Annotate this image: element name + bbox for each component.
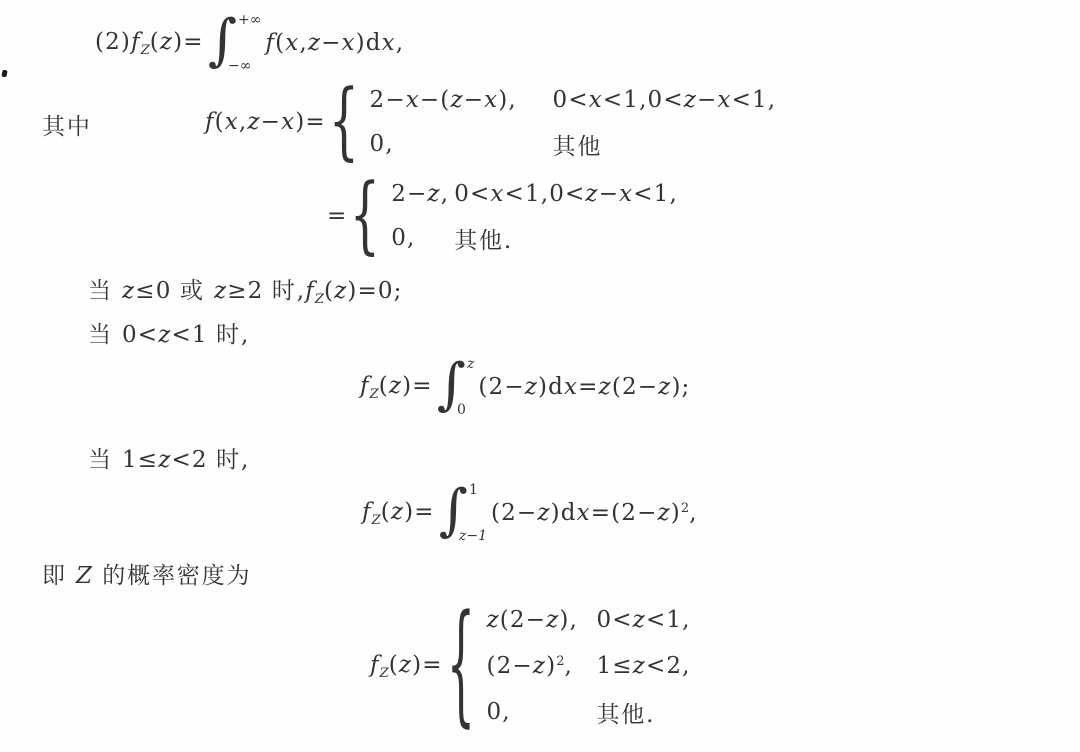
formula-segment: <1,0< (603, 87, 684, 113)
formula-segment: 1≤ (596, 653, 632, 679)
case-expr: 0, (486, 699, 596, 725)
formula-segment: )d (356, 30, 382, 56)
case-rows: z(2−z),0<z<1,(2−z)2,1≤z<2,0,其他. (486, 597, 690, 735)
case-cond: 其他 (553, 128, 777, 161)
case-row: 0,其他. (391, 216, 678, 260)
integral: ∫ z 0 (437, 357, 475, 417)
formula-segment: 0, (370, 131, 394, 157)
formula-segment: − (599, 181, 619, 207)
formula-segment: 的概率密度为 (93, 563, 251, 589)
formula-segment: Z (380, 666, 389, 681)
formula-segment: )d (551, 500, 577, 526)
formula-segment: z (525, 374, 538, 400)
case-statement-z-1-2: 当 1≤z<2 时, (88, 441, 249, 474)
formula-segment: <1, (646, 607, 691, 633)
formula-segment: ≤0 (135, 278, 180, 304)
formula-segment: z (334, 278, 347, 304)
formula-segment: 或 (180, 278, 214, 304)
formula-segment: ( (275, 30, 285, 56)
formula-segment: )= (412, 652, 443, 678)
formula-segment: 2− (370, 87, 406, 113)
formula-segment: <2, (646, 653, 691, 679)
joint-density-piecewise: f(x,z−x)= { 2−x−(z−x),0<x<1,0<z−x<1,0,其他 (205, 78, 776, 166)
formula-segment: ≥2 (227, 278, 272, 304)
formula-segment: ) (546, 653, 556, 679)
statement-text: 即 Z 的概率密度为 (42, 557, 251, 590)
formula-segment: z (158, 447, 171, 473)
formula-segment: (2− (486, 653, 532, 679)
integral-upper-limit: 1 (469, 483, 478, 497)
integral-limits: +∞ −∞ (238, 13, 261, 73)
formula-segment: f (362, 499, 372, 525)
formula-segment: − (697, 87, 717, 113)
formula-segment: z (158, 322, 171, 348)
formula-segment: , (441, 181, 449, 207)
formula-segment: Z (141, 43, 150, 58)
formula-segment: ( (150, 29, 160, 55)
formula-segment: f (370, 652, 380, 678)
piecewise-cases: { 2−z,0<x<1,0<z−x<1,0,其他. (347, 172, 678, 260)
piecewise-cases: { z(2−z),0<z<1,(2−z)2,1≤z<2,0,其他. (443, 597, 691, 735)
formula-segment: Z (370, 387, 379, 402)
formula-segment: (2− (500, 607, 546, 633)
formula-segment: <1, (732, 87, 777, 113)
case-expr: 0, (391, 225, 454, 251)
formula-segment: z (160, 29, 173, 55)
formula-segment: z (214, 278, 227, 304)
formula-segment: x (577, 500, 591, 526)
formula-segment: z (533, 653, 546, 679)
formula-segment: ( (324, 278, 334, 304)
case-row: (2−z)2,1≤z<2, (486, 643, 690, 689)
left-brace: { (446, 600, 475, 732)
convolution-formula-line: (2)fZ(z)= ∫ +∞ −∞ f(x,z−x)dx, (95, 12, 404, 74)
formula-segment: 当 (88, 322, 122, 348)
formula-segment: , (396, 30, 404, 56)
scan-speck (1, 70, 7, 78)
formula-segment: f (265, 30, 275, 56)
statement-text: 当 0<z<1 时, (88, 316, 249, 349)
formula-segment: x (484, 87, 498, 113)
formula-segment: 即 (42, 563, 76, 589)
label-text: 其中 (42, 108, 92, 141)
formula-segment: x (490, 181, 504, 207)
formula-segment: z (546, 607, 559, 633)
formula-segment: z (658, 374, 671, 400)
formula-segment: ( (381, 499, 391, 525)
formula-segment: z (658, 500, 671, 526)
formula-segment: z (247, 109, 260, 135)
formula-segment: <1,0< (505, 181, 586, 207)
formula-segment: 其他 (553, 134, 603, 160)
formula-segment: <1, (633, 181, 678, 207)
formula-segment: (2− (491, 500, 537, 526)
formula-segment: z (308, 30, 321, 56)
case-cond: 0<z<1, (596, 607, 690, 633)
formula-segment: )= (402, 373, 433, 399)
formula-segment: z (684, 87, 697, 113)
formula-segment: − (464, 87, 484, 113)
formula-segment: <2 (172, 447, 217, 473)
formula-segment: f (360, 373, 370, 399)
formula-segment: , (297, 278, 305, 304)
formula-segment: )= (404, 499, 435, 525)
formula-segment: (2− (612, 374, 658, 400)
integral-sign: ∫ (437, 357, 467, 413)
formula-segment: 其他. (596, 702, 655, 728)
integral-upper-limit: +∞ (238, 13, 261, 27)
formula-segment: z (537, 500, 550, 526)
formula-segment: , (689, 500, 697, 526)
integral-sign: ∫ (439, 483, 469, 539)
formula-segment: 0< (553, 87, 589, 113)
label-qizhong: 其中 (42, 108, 92, 141)
formula-segment: x (382, 30, 396, 56)
formula-segment: = (327, 203, 347, 229)
formula-segment: z (585, 181, 598, 207)
formula-segment: z (391, 499, 404, 525)
formula-segment: z (450, 87, 463, 113)
formula-segment: x (225, 109, 239, 135)
formula-segment: 0< (596, 607, 632, 633)
formula-lhs: fZ(z)= (370, 652, 443, 681)
formula-segment: =(2− (591, 500, 658, 526)
formula-segment: , (564, 653, 572, 679)
case-expr: 2−z, (391, 181, 454, 207)
formula-segment: = (578, 374, 598, 400)
formula-segment: ), (559, 607, 578, 633)
formula-segment: ), (498, 87, 517, 113)
case-cond: 0<x<1,0<z−x<1, (454, 181, 678, 207)
formula-segment: z (399, 652, 412, 678)
formula-segment: ); (671, 374, 690, 400)
case-expr: z(2−z), (486, 607, 596, 633)
formula-segment: 0, (486, 699, 510, 725)
formula-result: (2−z)dx=(2−z)2, (491, 500, 698, 526)
case-row: 0,其他. (486, 689, 690, 735)
formula-segment: x (281, 109, 295, 135)
integral-limits: 1 z−1 (469, 483, 487, 543)
formula-lhs: fZ(z)= (362, 499, 435, 528)
formula-segment: −( (420, 87, 451, 113)
formula-segment: 0< (454, 181, 490, 207)
formula-segment: z (599, 374, 612, 400)
formula-lhs: (2)fZ(z)= (95, 29, 204, 58)
left-brace: { (350, 174, 381, 258)
formula-segment: )= (173, 29, 204, 55)
piecewise-cases: { 2−x−(z−x),0<x<1,0<z−x<1,0,其他 (326, 78, 777, 166)
case-expr: (2−z)2, (486, 653, 596, 679)
case-row: 2−z,0<x<1,0<z−x<1, (391, 172, 678, 216)
formula-segment: , (241, 447, 249, 473)
formula-segment: 2− (391, 181, 427, 207)
integral-result-1-2: fZ(z)= ∫ 1 z−1 (2−z)dx=(2−z)2, (362, 478, 698, 548)
formula-segment: z (633, 607, 646, 633)
textbook-page: (2)fZ(z)= ∫ +∞ −∞ f(x,z−x)dx, 其中 f(x,z−x… (0, 0, 1080, 752)
formula-integrand: f(x,z−x)dx, (265, 30, 404, 56)
formula-segment: ( (389, 652, 399, 678)
formula-segment: x (589, 87, 603, 113)
formula-segment: Z (372, 513, 381, 528)
formula-segment: 2 (681, 501, 689, 516)
formula-segment: 时 (216, 447, 241, 473)
formula-segment: z (122, 278, 135, 304)
formula-segment: , (299, 30, 307, 56)
formula-segment: )d (538, 374, 564, 400)
integral: ∫ 1 z−1 (439, 483, 487, 543)
case-rows: 2−x−(z−x),0<x<1,0<z−x<1,0,其他 (370, 78, 777, 166)
formula-segment: f (131, 29, 141, 55)
case-cond: 0<x<1,0<z−x<1, (553, 87, 777, 113)
simplified-piecewise: = { 2−z,0<x<1,0<z−x<1,0,其他. (327, 172, 678, 260)
case-row: z(2−z),0<z<1, (486, 597, 690, 643)
formula-segment: − (261, 109, 281, 135)
formula-segment: 0< (122, 322, 158, 348)
case-statement-z-outside: 当 z≤0 或 z≥2 时,fZ(z)=0; (88, 272, 403, 307)
formula-segment: ( (215, 109, 225, 135)
formula-lhs: f(x,z−x)= (205, 109, 326, 135)
formula-segment: f (305, 278, 315, 304)
formula-segment: 时 (216, 322, 241, 348)
formula-segment: Z (315, 292, 324, 307)
formula-segment: x (564, 374, 578, 400)
integral-sign: ∫ (208, 13, 238, 69)
formula-segment: z (427, 181, 440, 207)
case-row: 2−x−(z−x),0<x<1,0<z−x<1, (370, 78, 777, 122)
formula-lhs: fZ(z)= (360, 373, 433, 402)
case-rows: 2−z,0<x<1,0<z−x<1,0,其他. (391, 172, 678, 260)
formula-segment: x (406, 87, 420, 113)
formula-segment: z (389, 373, 402, 399)
final-density-piecewise: fZ(z)= { z(2−z),0<z<1,(2−z)2,1≤z<2,0,其他. (370, 596, 691, 736)
formula-segment: 当 (88, 278, 122, 304)
statement-text: 当 1≤z<2 时, (88, 441, 249, 474)
integral-result-0-1: fZ(z)= ∫ z 0 (2−z)dx=z(2−z); (360, 352, 690, 422)
formula-segment: (2− (478, 374, 524, 400)
case-expr: 0, (370, 131, 553, 157)
formula-result: (2−z)dx=z(2−z); (478, 374, 690, 400)
case-cond: 其他. (596, 696, 690, 729)
case-cond: 其他. (454, 222, 678, 255)
integral-upper-limit: z (467, 357, 474, 371)
case-statement-z-0-1: 当 0<z<1 时, (88, 316, 249, 349)
integral-limits: z 0 (467, 357, 474, 417)
formula-segment: − (321, 30, 341, 56)
formula-segment: ) (671, 500, 681, 526)
case-row: 0,其他 (370, 122, 777, 166)
equals-sign: = (327, 203, 347, 229)
formula-segment: (2) (95, 29, 131, 55)
formula-segment: f (205, 109, 215, 135)
formula-segment: x (717, 87, 731, 113)
formula-segment: 当 (88, 447, 122, 473)
formula-segment: 0, (391, 225, 415, 251)
formula-segment: 其他. (454, 228, 513, 254)
formula-segment: Z (76, 563, 93, 589)
case-cond: 1≤z<2, (596, 653, 690, 679)
formula-segment: 1≤ (122, 447, 158, 473)
formula-segment: )= (295, 109, 326, 135)
formula-segment: z (486, 607, 499, 633)
integral: ∫ +∞ −∞ (208, 13, 262, 73)
statement-text: 当 z≤0 或 z≥2 时,fZ(z)=0; (88, 272, 403, 307)
conclusion-statement: 即 Z 的概率密度为 (42, 557, 251, 590)
formula-segment: , (241, 322, 249, 348)
formula-segment: x (342, 30, 356, 56)
formula-segment: )=0; (347, 278, 402, 304)
left-brace: { (329, 80, 360, 164)
case-expr: 2−x−(z−x), (370, 87, 553, 113)
formula-segment: x (619, 181, 633, 207)
formula-segment: <1 (172, 322, 217, 348)
formula-segment: ( (379, 373, 389, 399)
formula-segment: z (633, 653, 646, 679)
formula-segment: x (285, 30, 299, 56)
formula-segment: 时 (272, 278, 297, 304)
